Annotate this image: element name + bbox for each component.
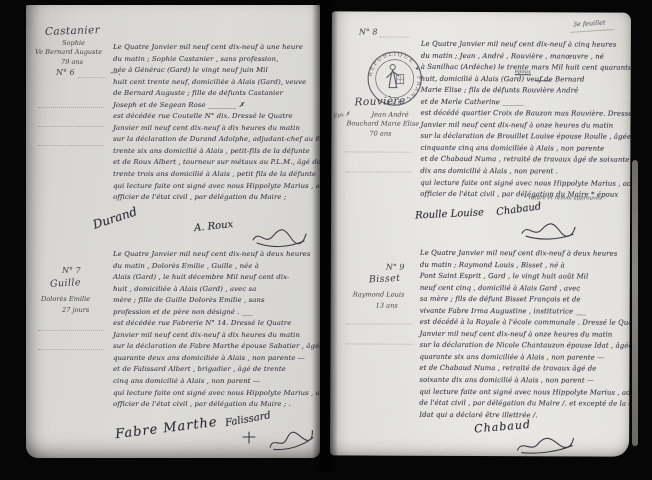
act-number: N° 8 bbox=[359, 27, 378, 36]
margin-deceased-name: Rouvière bbox=[354, 95, 405, 109]
signature-chabaud: Chabaud bbox=[496, 201, 542, 218]
handwritten-line: cinq ans domicilié à Alais , non parent … bbox=[113, 376, 319, 388]
margin-age: 79 ans bbox=[61, 58, 83, 66]
margin-deceased-firstname: Raymond Louis bbox=[353, 290, 405, 298]
act-body-text: Le Quatre Janvier mil neuf cent dix-neuf… bbox=[420, 39, 629, 202]
handwritten-line: quarante six ans domiciliée à Alais , no… bbox=[419, 352, 627, 364]
ruled-line bbox=[345, 151, 411, 152]
handwritten-line: vivante Fabre Irma Augustine , institutr… bbox=[420, 305, 628, 317]
signature-roulle-louise: Roulle Louise bbox=[415, 207, 484, 221]
signature-roux: A. Roux bbox=[194, 219, 234, 234]
handwritten-line: trente trois ans domicilié à Alais , pet… bbox=[113, 169, 319, 181]
marianne-figure-icon bbox=[387, 64, 404, 87]
handwritten-line: Pont Saint Esprit , Gard , le vingt huit… bbox=[420, 271, 628, 283]
handwritten-line: sur la déclaration de Nicole Chantauzon … bbox=[419, 340, 627, 352]
corner-note-underline bbox=[570, 29, 614, 33]
handwritten-line: sur la déclaration de Fabre Marthe épous… bbox=[113, 341, 319, 353]
margin-deceased-name: Guille bbox=[50, 277, 81, 290]
corner-note: 3e feuillet bbox=[573, 18, 606, 28]
handwritten-line: du matin , Dolorès Emilie , Guille , née… bbox=[113, 261, 319, 273]
handwritten-line: Janvier mil neuf cent dix-neuf à dix heu… bbox=[113, 123, 319, 135]
ruled-line bbox=[38, 126, 104, 127]
margin-deceased-firstname: Jean André bbox=[372, 111, 409, 119]
handwritten-line: cinquante cinq ans domiciliée à Alais , … bbox=[420, 143, 628, 155]
handwritten-line: officier de l'état civil , par délégatio… bbox=[113, 399, 319, 411]
handwritten-line: sa mère ; fils de défunt Bisset François… bbox=[420, 294, 628, 306]
ruled-line bbox=[38, 330, 104, 331]
ruled-line bbox=[38, 145, 104, 146]
handwritten-line: sur la déclaration de Brouillet Louise é… bbox=[420, 131, 628, 143]
margin-deceased-name: Castanier bbox=[45, 24, 101, 38]
officer-paraphe-signature bbox=[264, 424, 317, 456]
handwritten-line: du matin ; Jean , André , Rouvière , man… bbox=[421, 50, 629, 62]
signature-falissard: Falissard bbox=[224, 410, 271, 429]
margin-deceased-firstname: Sophie bbox=[62, 39, 85, 47]
handwritten-line: Janvier mil neuf cent dix-neuf à dix heu… bbox=[113, 330, 319, 342]
handwritten-line: Janvier mil neuf cent dix-neuf à onze he… bbox=[420, 120, 628, 132]
strikethrough-mark bbox=[535, 80, 551, 81]
act-number: N° 9 bbox=[386, 263, 405, 272]
margin-age: 27 jours bbox=[62, 306, 89, 314]
act-number: N° 6 bbox=[56, 68, 75, 77]
handwritten-line: qui lecture faite ont signé avec nous Hi… bbox=[113, 388, 319, 400]
page-fore-edge bbox=[632, 160, 638, 446]
handwritten-line: Le Quatre Janvier mil neuf cent dix-neuf… bbox=[113, 249, 319, 261]
handwritten-line: profession et de père non désigné . ___ bbox=[113, 307, 319, 319]
margin-spouse-line: Bouchard Marie Elise bbox=[346, 119, 419, 127]
register-scan: Castanier Sophie Ve Bernard Auguste 79 a… bbox=[0, 0, 652, 480]
handwritten-line: Alais (Gard) , le huit décembre Mil neuf… bbox=[113, 272, 319, 284]
handwritten-line: de Bernard Auguste ; fille de défunts Ca… bbox=[113, 88, 319, 100]
act-number: N° 7 bbox=[62, 266, 81, 275]
margin-deceased-name: Bisset bbox=[369, 273, 401, 286]
officer-paraphe-signature bbox=[250, 227, 308, 249]
left-page: Castanier Sophie Ve Bernard Auguste 79 a… bbox=[26, 5, 320, 458]
handwritten-line: et de Chabaud Numa , retraité de travaux… bbox=[420, 154, 628, 166]
handwritten-line: mère ; fille de Guille Dolorès Emilie , … bbox=[113, 295, 319, 307]
epoux-insertion-note: époux bbox=[515, 69, 531, 75]
right-page: 3e feuillet N° 8 RÉPUBLIQUE ★ FRANÇAISE … bbox=[330, 11, 631, 456]
ruled-line bbox=[38, 349, 104, 350]
handwritten-line: et de Chabaud Numa , retraité de travaux… bbox=[419, 363, 627, 375]
ruled-line bbox=[38, 107, 104, 108]
handwritten-line: du matin ; Raymond Louis , Bisset , né à bbox=[420, 259, 628, 271]
handwritten-line: Joseph et de Segean Rose ________ ✗ bbox=[113, 100, 319, 112]
handwritten-line: qui lecture faite ont signé avec nous Hi… bbox=[419, 386, 627, 398]
handwritten-line: Le Quatre Janvier mil neuf cent dix-neuf… bbox=[420, 248, 628, 260]
handwritten-line: est décédé à la Royale à l'école communa… bbox=[420, 317, 628, 329]
handwritten-line: huit, domicilié à Alais (Gard) veuf de B… bbox=[421, 73, 629, 85]
handwritten-line: Le Quatre Janvier mil neuf cent dix-neuf… bbox=[421, 39, 629, 51]
handwritten-line: née à Générac (Gard) le vingt neuf juin … bbox=[113, 65, 319, 77]
margin-spouse-line: Ve Bernard Auguste bbox=[35, 48, 102, 56]
handwritten-line: de l'état civil , par délégation du Mair… bbox=[419, 398, 627, 410]
handwritten-line: et de Roux Albert , tourneur sur métaux … bbox=[113, 157, 319, 169]
handwritten-line: Le Quatre Janvier mil neuf cent dix-neuf… bbox=[113, 42, 319, 54]
handwritten-line: soixante dix ans domicilié à Alais , non… bbox=[419, 375, 627, 387]
handwritten-line: du matin ; Sophie Castanier , sans profe… bbox=[113, 54, 319, 66]
rature-approval-note: * rature et renvoi approuvés - bbox=[524, 195, 605, 201]
handwritten-line: qui lecture faite ont signé avec nous Hi… bbox=[420, 177, 628, 189]
ruled-line bbox=[347, 343, 413, 344]
officer-paraphe-signature bbox=[513, 433, 576, 456]
handwritten-line: est décédée rue Coutelle N° dix. Dressé … bbox=[113, 111, 319, 123]
handwritten-line: Janvier mil neuf cent dix-neuf à onze he… bbox=[420, 329, 628, 341]
ruled-line bbox=[380, 37, 410, 38]
act-body-text: Le Quatre Janvier mil neuf cent dix-neuf… bbox=[113, 249, 319, 411]
ruled-line bbox=[347, 323, 413, 324]
handwritten-line: dix ans domicilié à Alais , non parent . bbox=[420, 166, 628, 178]
signature-durand: Durand bbox=[91, 204, 139, 231]
act-body-text: Le Quatre Janvier mil neuf cent dix-neuf… bbox=[113, 42, 319, 204]
act-body-text: Le Quatre Janvier mil neuf cent dix-neuf… bbox=[419, 248, 628, 422]
handwritten-line: et de Merle Catherine ______ bbox=[421, 96, 629, 108]
handwritten-line: qui lecture faite ont signé avec nous Hi… bbox=[113, 181, 319, 193]
handwritten-line: neuf cent cinq , domicilié à Alais Gard … bbox=[420, 282, 628, 294]
handwritten-line: Marie Elise ; fils de défunts Rouvière A… bbox=[421, 85, 629, 97]
handwritten-line: quarante deux ans domiciliée à Alais , n… bbox=[113, 353, 319, 365]
margin-deceased-firstname: Dolorès Emilie bbox=[41, 295, 90, 303]
ruled-line bbox=[78, 77, 106, 78]
handwritten-line: est décédée rue Fabrerie N° 14. Dressé l… bbox=[113, 318, 319, 330]
margin-age: 70 ans bbox=[369, 130, 391, 138]
ruled-line bbox=[345, 171, 411, 172]
gutter-shadow bbox=[312, 0, 338, 472]
handwritten-line: trente six ans domicilié à Alais , petit… bbox=[113, 146, 319, 158]
handwritten-line: est décédé quartier Croix de Bauzon mas … bbox=[420, 108, 628, 120]
officer-paraphe-signature bbox=[519, 221, 577, 241]
handwritten-line: et de Falissard Albert , brigadier , âgé… bbox=[113, 364, 319, 376]
handwritten-line: huit cent trente neuf, domiciliée à Alai… bbox=[113, 77, 319, 89]
handwritten-line: officier de l'état civil , par délégatio… bbox=[113, 192, 319, 204]
handwritten-line: sur la déclaration de Durand Adolphe, ad… bbox=[113, 134, 319, 146]
signature-fabre-marthe: Fabre Marthe bbox=[114, 415, 218, 442]
cross-mark bbox=[242, 431, 256, 444]
handwritten-line: huit , domiciliée à Alais (Gard) , avec … bbox=[113, 284, 319, 296]
margin-age: 13 ans bbox=[376, 302, 398, 310]
